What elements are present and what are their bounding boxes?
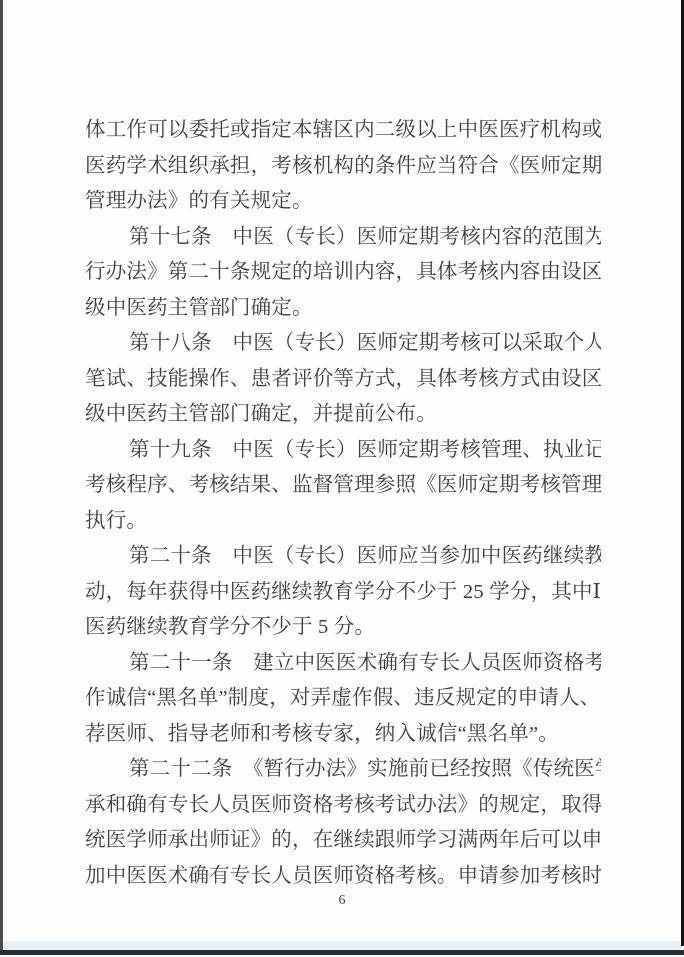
text-line: 第十九条 中医（专长）医师定期考核管理、执业记录、 (85, 433, 601, 469)
scan-bottom-tint (3, 941, 681, 950)
text-line: 荐医师、指导老师和考核专家，纳入诚信“黑名单”。 (85, 717, 601, 753)
text-line: 考核程序、考核结果、监督管理参照《医师定期考核管理办法》 (85, 468, 601, 504)
text-line: 医药学术组织承担，考核机构的条件应当符合《医师定期考核 (85, 149, 601, 185)
text-line: 执行。 (85, 504, 601, 540)
text-line: 第二十一条 建立中医医术确有专长人员医师资格考核工 (85, 646, 601, 682)
text-line: 动，每年获得中医药继续教育学分不少于 25 学分，其中Ⅰ类中 (85, 575, 601, 611)
page-number: 6 (0, 893, 684, 909)
text-line: 第二十二条 《暂行办法》实施前已经按照《传统医学师 (85, 752, 601, 788)
text-line: 笔试、技能操作、患者评价等方式，具体考核方式由设区的市 (85, 362, 601, 398)
text-line: 行办法》第二十条规定的培训内容，具体考核内容由设区的市 (85, 255, 601, 291)
scanned-document-page: 体工作可以委托或指定本辖区内二级以上中医医疗机构或者中医药学术组织承担，考核机构… (0, 0, 684, 957)
text-line: 第十七条 中医（专长）医师定期考核内容的范围为《暂 (85, 220, 601, 256)
text-line: 体工作可以委托或指定本辖区内二级以上中医医疗机构或者中 (85, 113, 601, 149)
text-line: 作诚信“黑名单”制度，对弄虚作假、违反规定的申请人、推 (85, 681, 601, 717)
text-line: 管理办法》的有关规定。 (85, 184, 601, 220)
text-line: 承和确有专长人员医师资格考核考试办法》的规定，取得《传 (85, 788, 601, 824)
scan-edge-bottom (0, 950, 684, 955)
text-line: 医药继续教育学分不少于 5 分。 (85, 610, 601, 646)
text-line: 统医学师承出师证》的，在继续跟师学习满两年后可以申请参 (85, 823, 601, 859)
text-line: 第十八条 中医（专长）医师定期考核可以采取个人述职、 (85, 326, 601, 362)
document-body: 体工作可以委托或指定本辖区内二级以上中医医疗机构或者中医药学术组织承担，考核机构… (85, 113, 601, 894)
scan-edge-left (0, 0, 3, 952)
text-line: 加中医医术确有专长人员医师资格考核。申请参加考核时，需 (85, 859, 601, 895)
text-line: 第二十条 中医（专长）医师应当参加中医药继续教育活 (85, 539, 601, 575)
text-line: 级中医药主管部门确定，并提前公布。 (85, 397, 601, 433)
text-line: 级中医药主管部门确定。 (85, 291, 601, 327)
